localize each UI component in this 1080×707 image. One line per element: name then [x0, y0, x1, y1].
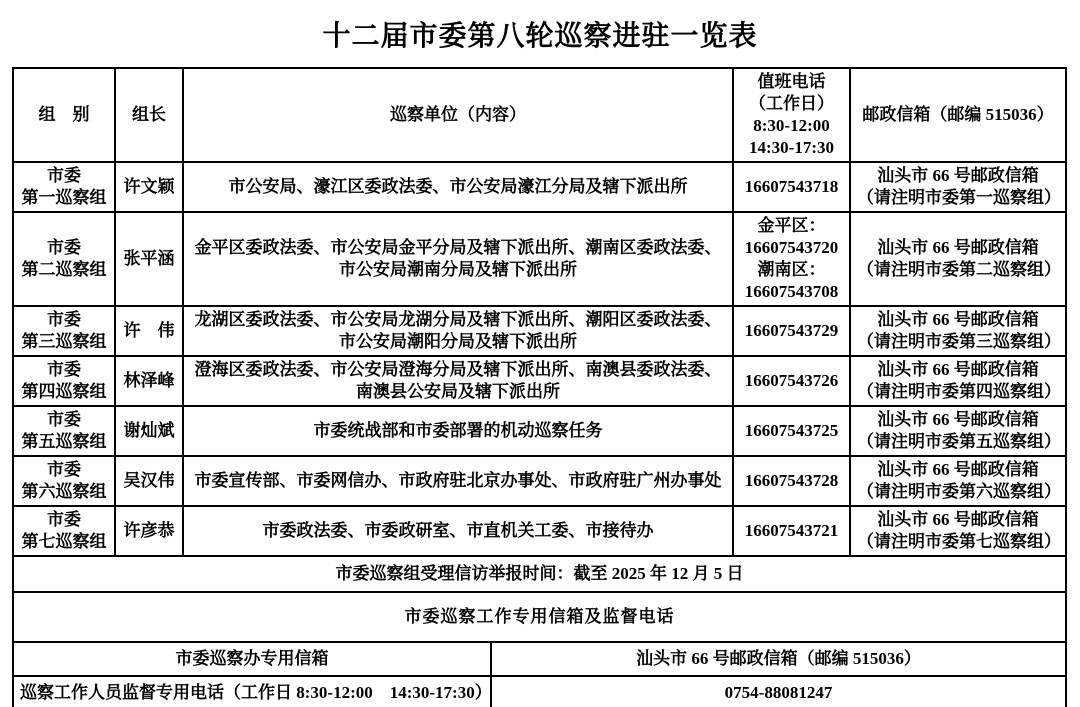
- col-header-leader: 组长: [115, 68, 183, 162]
- group-cell: 市委 第一巡察组: [13, 162, 115, 212]
- mailbox-cell: 汕头市 66 号邮政信箱 （请注明市委第四巡察组）: [850, 356, 1066, 406]
- unit-cell: 市委宣传部、市委网信办、市政府驻北京办事处、市政府驻广州办事处: [183, 456, 733, 506]
- supervision-phone-label: 巡察工作人员监督专用电话（工作日 8:30-12:00 14:30-17:30）: [13, 676, 491, 707]
- office-mailbox-value: 汕头市 66 号邮政信箱（邮编 515036）: [491, 642, 1066, 676]
- unit-cell: 市委统战部和市委部署的机动巡察任务: [183, 406, 733, 456]
- table-row: 巡察工作人员监督专用电话（工作日 8:30-12:00 14:30-17:30）…: [13, 676, 1066, 707]
- table-row: 市委 第六巡察组 吴汉伟 市委宣传部、市委网信办、市政府驻北京办事处、市政府驻广…: [13, 456, 1066, 506]
- petition-deadline-notice: 市委巡察组受理信访举报时间：截至 2025 年 12 月 5 日: [13, 556, 1066, 592]
- leader-cell: 许彦恭: [115, 506, 183, 556]
- table-row: 市委 第一巡察组 许文颖 市公安局、濠江区委政法委、市公安局濠江分局及辖下派出所…: [13, 162, 1066, 212]
- leader-cell: 许 伟: [115, 306, 183, 356]
- section-heading-row: 市委巡察工作专用信箱及监督电话: [13, 592, 1066, 642]
- group-cell: 市委 第二巡察组: [13, 212, 115, 306]
- unit-cell: 金平区委政法委、市公安局金平分局及辖下派出所、潮南区委政法委、市公安局潮南分局及…: [183, 212, 733, 306]
- table-row: 市委 第三巡察组 许 伟 龙湖区委政法委、市公安局龙湖分局及辖下派出所、潮阳区委…: [13, 306, 1066, 356]
- leader-cell: 张平涵: [115, 212, 183, 306]
- phone-cell: 16607543718: [733, 162, 850, 212]
- table-row: 市委 第二巡察组 张平涵 金平区委政法委、市公安局金平分局及辖下派出所、潮南区委…: [13, 212, 1066, 306]
- table-row: 市委巡察办专用信箱 汕头市 66 号邮政信箱（邮编 515036）: [13, 642, 1066, 676]
- table-row: 市委 第四巡察组 林泽峰 澄海区委政法委、市公安局澄海分局及辖下派出所、南澳县委…: [13, 356, 1066, 406]
- supervision-phone-value: 0754-88081247: [491, 676, 1066, 707]
- notice-row: 市委巡察组受理信访举报时间：截至 2025 年 12 月 5 日: [13, 556, 1066, 592]
- phone-cell: 16607543721: [733, 506, 850, 556]
- mailbox-cell: 汕头市 66 号邮政信箱 （请注明市委第二巡察组）: [850, 212, 1066, 306]
- table-row: 市委 第五巡察组 谢灿斌 市委统战部和市委部署的机动巡察任务 166075437…: [13, 406, 1066, 456]
- mailbox-cell: 汕头市 66 号邮政信箱 （请注明市委第三巡察组）: [850, 306, 1066, 356]
- inspection-table: 组 别 组长 巡察单位（内容） 值班电话 （工作日） 8:30-12:00 14…: [12, 67, 1067, 643]
- group-cell: 市委 第五巡察组: [13, 406, 115, 456]
- table-row: 市委 第七巡察组 许彦恭 市委政法委、市委政研室、市直机关工委、市接待办 166…: [13, 506, 1066, 556]
- phone-cell: 16607543729: [733, 306, 850, 356]
- phone-cell: 16607543726: [733, 356, 850, 406]
- group-cell: 市委 第三巡察组: [13, 306, 115, 356]
- mailbox-cell: 汕头市 66 号邮政信箱 （请注明市委第六巡察组）: [850, 456, 1066, 506]
- col-header-unit: 巡察单位（内容）: [183, 68, 733, 162]
- phone-cell: 金平区： 16607543720 潮南区： 16607543708: [733, 212, 850, 306]
- mailbox-cell: 汕头市 66 号邮政信箱 （请注明市委第一巡察组）: [850, 162, 1066, 212]
- group-cell: 市委 第六巡察组: [13, 456, 115, 506]
- col-header-phone: 值班电话 （工作日） 8:30-12:00 14:30-17:30: [733, 68, 850, 162]
- mailbox-cell: 汕头市 66 号邮政信箱 （请注明市委第五巡察组）: [850, 406, 1066, 456]
- leader-cell: 许文颖: [115, 162, 183, 212]
- leader-cell: 林泽峰: [115, 356, 183, 406]
- section-heading: 市委巡察工作专用信箱及监督电话: [13, 592, 1066, 642]
- table-header-row: 组 别 组长 巡察单位（内容） 值班电话 （工作日） 8:30-12:00 14…: [13, 68, 1066, 162]
- leader-cell: 吴汉伟: [115, 456, 183, 506]
- unit-cell: 澄海区委政法委、市公安局澄海分局及辖下派出所、南澳县委政法委、南澳县公安局及辖下…: [183, 356, 733, 406]
- col-header-group: 组 别: [13, 68, 115, 162]
- unit-cell: 市公安局、濠江区委政法委、市公安局濠江分局及辖下派出所: [183, 162, 733, 212]
- group-cell: 市委 第四巡察组: [13, 356, 115, 406]
- page-title: 十二届市委第八轮巡察进驻一览表: [0, 14, 1080, 54]
- unit-cell: 龙湖区委政法委、市公安局龙湖分局及辖下派出所、潮阳区委政法委、市公安局潮阳分局及…: [183, 306, 733, 356]
- office-mailbox-label: 市委巡察办专用信箱: [13, 642, 491, 676]
- group-cell: 市委 第七巡察组: [13, 506, 115, 556]
- unit-cell: 市委政法委、市委政研室、市直机关工委、市接待办: [183, 506, 733, 556]
- contact-table: 市委巡察办专用信箱 汕头市 66 号邮政信箱（邮编 515036） 巡察工作人员…: [12, 641, 1067, 707]
- phone-cell: 16607543728: [733, 456, 850, 506]
- leader-cell: 谢灿斌: [115, 406, 183, 456]
- mailbox-cell: 汕头市 66 号邮政信箱 （请注明市委第七巡察组）: [850, 506, 1066, 556]
- phone-cell: 16607543725: [733, 406, 850, 456]
- col-header-mailbox: 邮政信箱（邮编 515036）: [850, 68, 1066, 162]
